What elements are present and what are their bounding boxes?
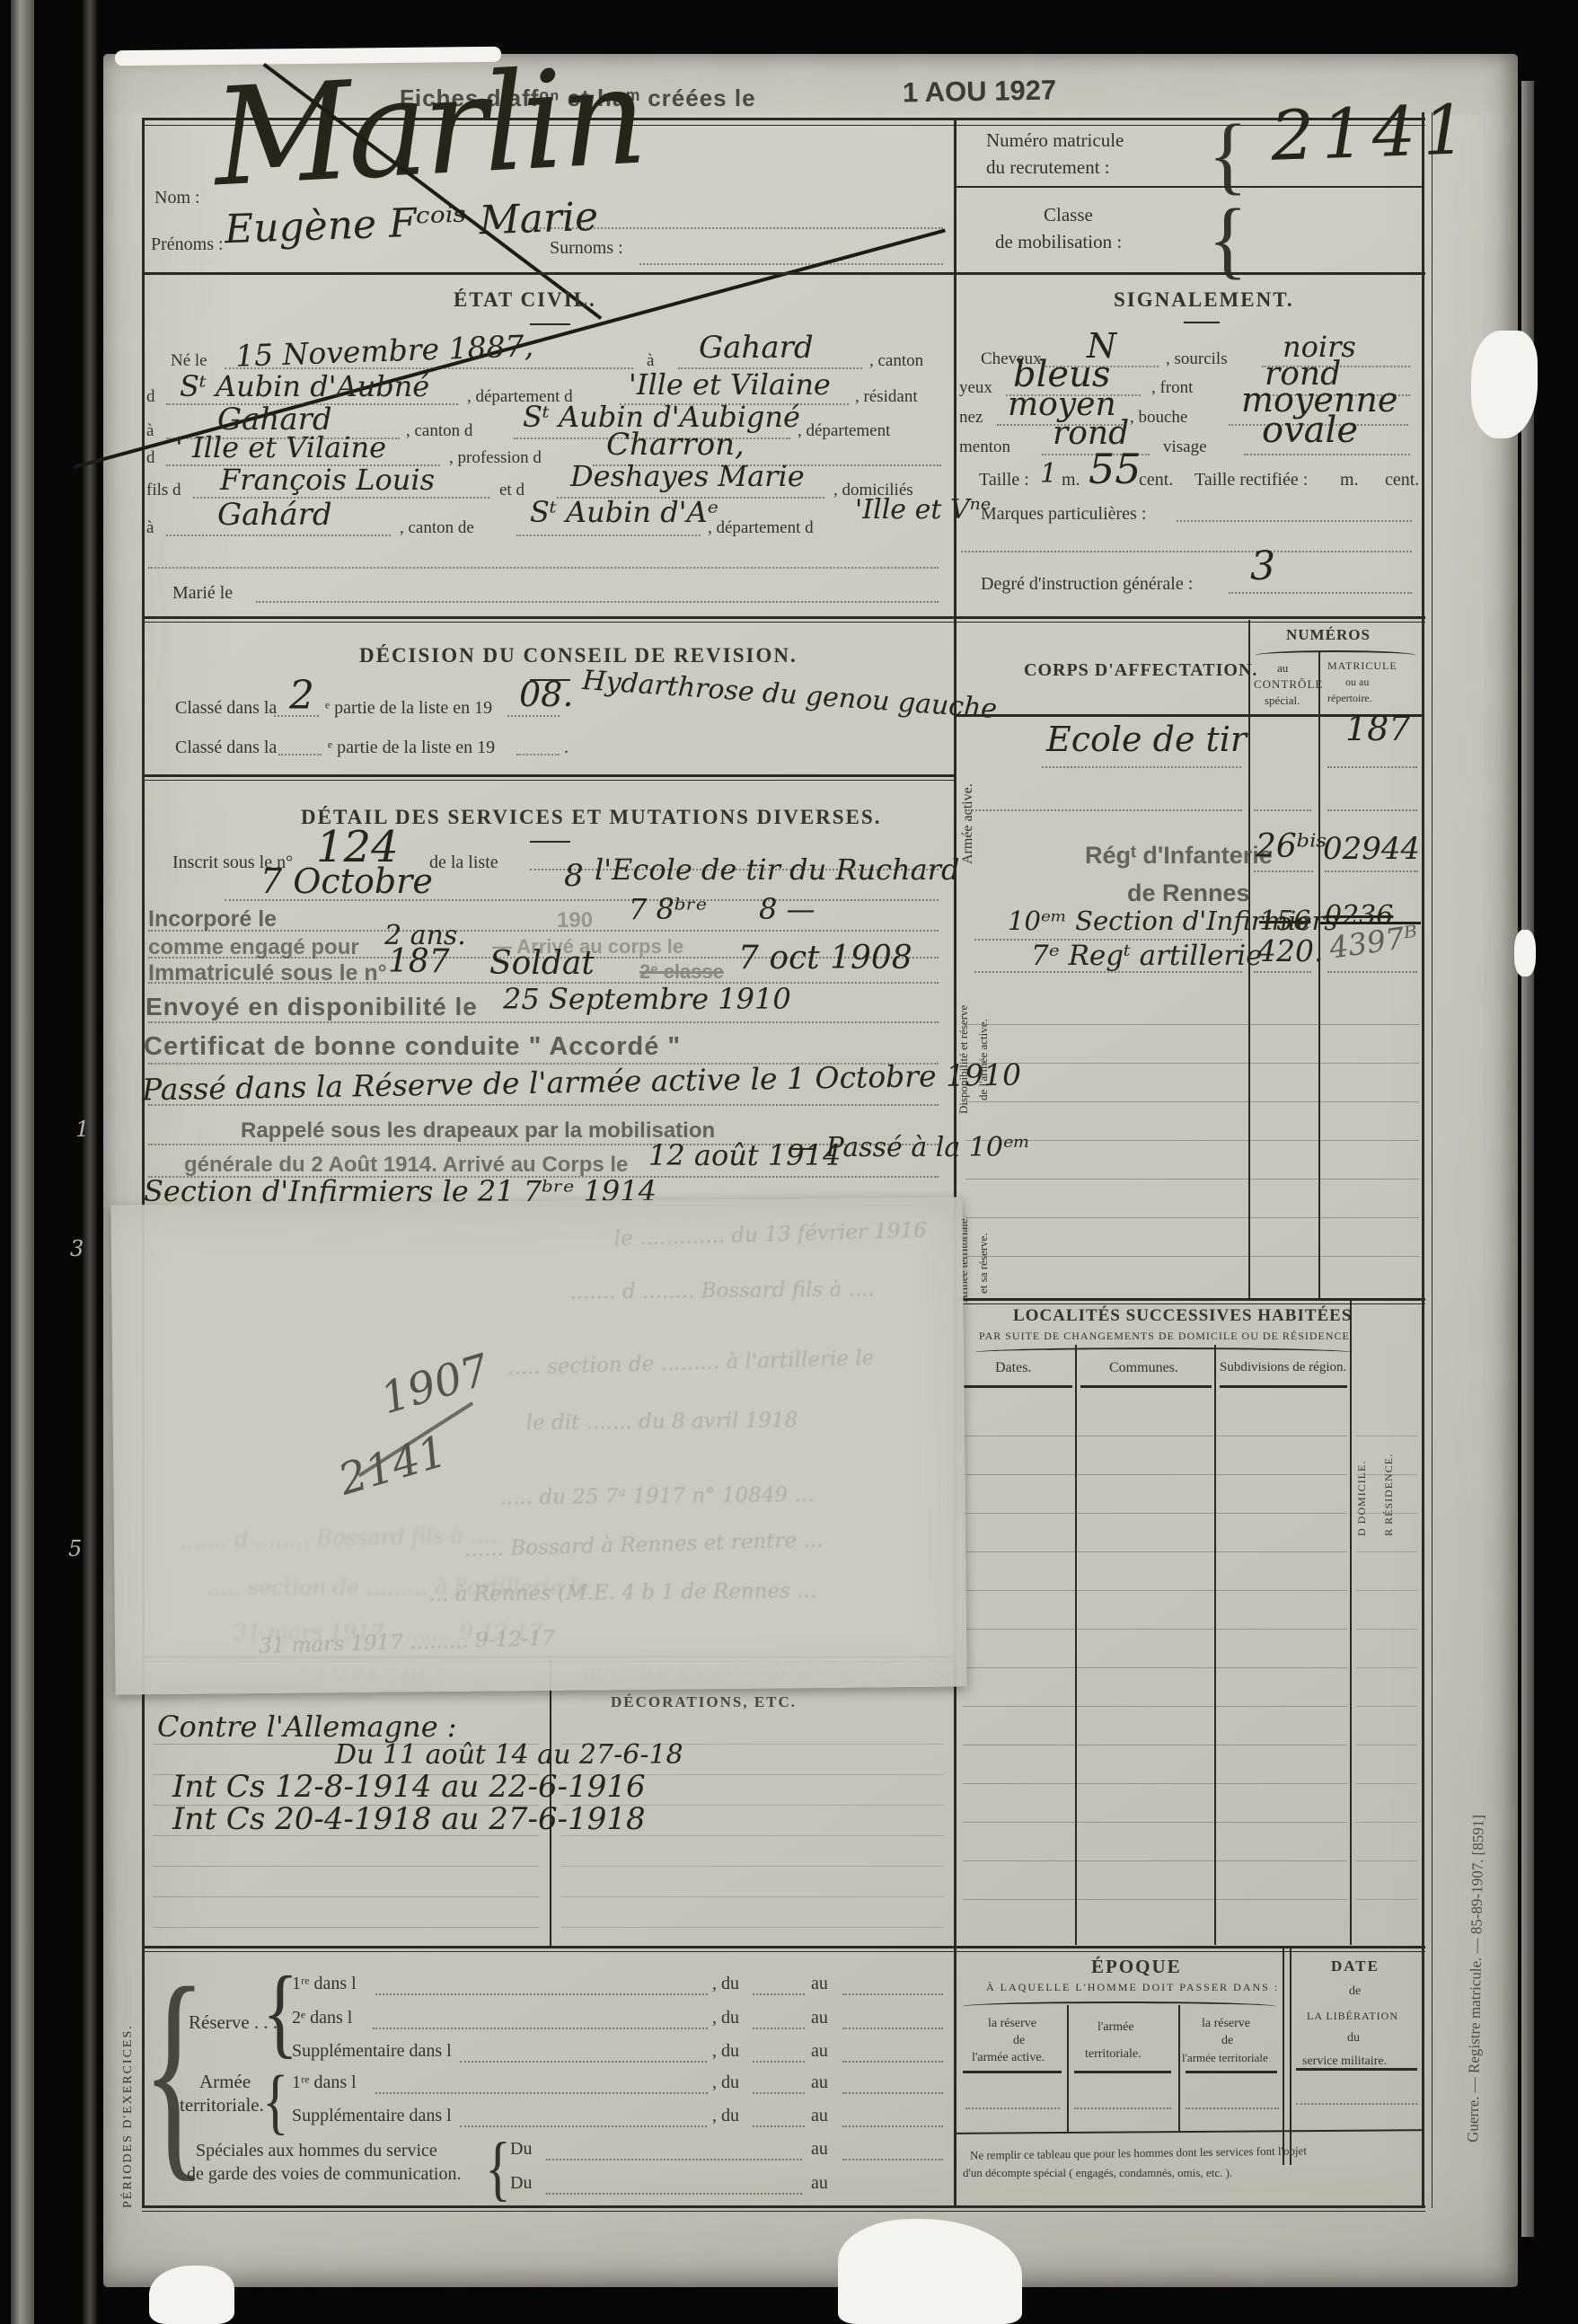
campagne-int-2: Int Cs 20-4-1918 au 27-6-1918 [172,1804,646,1836]
dotted-line [546,2158,802,2161]
dotted-line [225,898,939,901]
profession-value: Charron, [606,429,745,462]
dotted-line [373,2027,708,2029]
corps-title: CORPS D'AFFECTATION. [1024,661,1257,680]
classe-label-1: Classe [1044,205,1093,225]
reserve-row3: Supplémentaire dans l [292,2042,452,2061]
generale-stamp: générale du 2 Août 1914. Arrivé au Corps… [184,1153,628,1176]
svc-line1-date: 7 Octobre [260,864,433,900]
dotted-line [375,1993,708,1995]
matricule-h3: répertoire. [1327,693,1372,704]
au-label: au [811,2174,828,2193]
classe1-num: 2 [289,676,314,717]
side-armee-active: Armée active. [961,694,976,864]
dotted-line [1327,809,1417,811]
epoque-head-rule-2 [1074,2071,1171,2073]
corps-row3-controle: 156 [1259,907,1310,936]
left-page-edge-2 [83,0,97,2324]
loc-head-rule-3 [1220,1385,1347,1388]
classe-label-2: de mobilisation : [995,232,1122,252]
du-label: , du [712,1975,739,1993]
visage-value: ovale [1262,411,1358,449]
dotted-line [753,2091,805,2094]
dotted-line [1186,2107,1279,2109]
dotted-line [166,534,391,536]
menton-label: menton [959,438,1010,456]
dotted-line [842,2125,943,2127]
fils-label: fils d [146,482,181,499]
territoriale-row1: 1ʳᵉ dans l [292,2073,357,2092]
blessures-header-2: DÉCORATIONS, ETC. [611,1694,797,1710]
ne-le-label: Né le [171,352,207,370]
matricule-h2: ou au [1345,676,1369,688]
epoque-col1-b: de [1013,2035,1025,2048]
dotted-line [753,1993,805,1995]
corps-row1-matricule: 187 [1345,711,1411,747]
visage-label: visage [1163,438,1207,456]
slip-faint-note: le dit ....... du 8 avril 1918 [526,1409,798,1434]
matricule-h1: MATRICULE [1327,660,1397,672]
marques-label: Marques particulières : [981,505,1146,524]
dotted-line [256,600,939,603]
speciales-label-2: de garde des voies de communication. [187,2165,461,2184]
frame-right-thin [1432,112,1433,2208]
frame-right [1422,112,1424,2208]
matricule-label-2: du recrutement : [986,157,1110,177]
epoque-divider-2 [1178,2005,1180,2133]
marie-label: Marié le [172,584,233,603]
epoque-date-divider-a [1283,1948,1284,2165]
birth-commune: Gahard [699,332,814,365]
epoque-date-divider-b [1290,1948,1291,2165]
epoque-col1-a: la réserve [988,2018,1036,2031]
classe2-period: . [564,738,569,757]
frame-left [142,118,145,2208]
m-label: m. [1062,471,1080,490]
dotted-line [507,714,560,717]
sourcils-label: , sourcils [1166,350,1228,368]
torn-scrap-right [1471,331,1538,438]
date-col-2: de [1349,1985,1361,1999]
cent2-label: cent. [1385,471,1419,490]
header-bottom-rule [142,272,1425,275]
dotted-line [842,2158,943,2161]
loc-head-rule-2 [1080,1385,1212,1388]
matricule-value: 2141 [1270,93,1475,172]
taille-label: Taille : [979,471,1029,490]
frame-bottom [142,2205,1425,2212]
date-col-5: service militaire. [1302,2055,1387,2069]
epoque-col3-a: la réserve [1202,2018,1250,2031]
margin-mark-3: 5 [68,1538,82,1560]
classe1-label: Classé dans la [175,699,277,718]
dotted-line [1254,870,1313,872]
d2-label: d [146,449,155,467]
inscrit-label-2: de la liste [429,853,498,872]
dotted-line [1327,970,1417,973]
loc-col-dates: Dates. [995,1361,1031,1376]
Du-label: Du [510,2140,532,2159]
date-col-4: du [1347,2032,1360,2046]
Du-label: Du [510,2174,532,2193]
dotted-line [1254,970,1311,973]
dotted-line [148,929,939,932]
slip-faint-note: ....... d ........ Bossard fils à .... [569,1278,875,1303]
date-col-3: LA LIBÉRATION [1307,2010,1398,2022]
a2-label: à [146,422,154,440]
signalement-title: SIGNALEMENT. [1114,289,1294,311]
loc-col-subdiv: Subdivisions de région. [1220,1361,1346,1375]
slip-faint-note: ..... section de ......... à l'artilleri… [507,1348,875,1379]
dotted-line [1244,453,1410,455]
dotted-line [842,2091,943,2094]
loc-ruled-rows-dr [1356,1398,1417,1937]
degre-label: Degré d'instruction générale : [981,575,1193,594]
speciales-label-1: Spéciales aux hommes du service [196,2142,437,2161]
controle-h3: spécial. [1265,694,1300,707]
etd-label: et d [499,482,525,499]
au-label: au [811,2140,828,2159]
epoque-head-rule-4 [1296,2068,1417,2071]
dotted-line [546,2192,802,2195]
dotted-line [1074,2107,1171,2109]
margin-mark-1: 1 [75,1118,89,1141]
corps-row2-stamp-2: de Rennes [1127,880,1250,906]
armee-label-1: Armée [199,2072,251,2091]
dom-commune: Gahárd [217,499,332,532]
epoque-brace [963,2001,1275,2011]
reserve-row2: 2ᵉ dans l [292,2009,352,2028]
torn-scrap-bottom-left [149,2266,234,2324]
dotted-line [460,2125,707,2127]
localites-top-rule [954,1298,1425,1304]
classe1-label-2: ᵉ partie de la liste en 19 [325,699,492,718]
epoque-col3-c: l'armée territoriale [1182,2052,1268,2064]
date-col-1: DATE [1331,1958,1380,1975]
dotted-line [753,2060,805,2063]
corps-row2-matricule: 02944 [1323,834,1420,866]
epoque-head-rule-1 [963,2071,1062,2073]
a3-label: à [146,519,154,537]
dotted-line [1325,870,1418,872]
dotted-line [375,2091,708,2094]
title-dash [530,323,570,325]
au-label: au [811,1975,828,1993]
corps-row4-controle: 420. [1257,936,1323,968]
au-label: au [811,2107,828,2125]
localites-title: LOCALITÉS SUCCESSIVES HABITÉES [1013,1307,1352,1325]
dotted-line [148,566,939,569]
canton3-value: Sᵗ Aubin d'Aᵉ [530,498,718,528]
taille-m-value: 1 [1040,460,1057,489]
epoque-subtitle: À LAQUELLE L'HOMME DOIT PASSER DANS : [986,1982,1279,1993]
surnoms-label: Surnoms : [550,239,623,258]
d-label: d [146,388,155,406]
epoque-title: ÉPOQUE [1091,1957,1182,1976]
canton2-label: , canton d [406,422,472,440]
bleed-scribble: ....... d ........ Bossard fils à .... [180,1524,498,1552]
epoque-col3-b: de [1221,2035,1233,2048]
cent-label: cent. [1139,471,1173,490]
numeros-header: NUMÉROS [1286,627,1371,643]
loc-ruled-rows [963,1398,1347,1937]
localites-subtitle: PAR SUITE DE CHANGEMENTS DE DOMICILE OU … [979,1330,1353,1342]
svc-line1-8: 8 [564,861,584,893]
section-rule [142,616,1425,623]
periodes-side-label: PÉRIODES D'EXERCICES. [122,1976,136,2208]
du-label: , du [712,2042,739,2061]
au-label: au [811,2042,828,2061]
armee-label-2: territoriale. [180,2095,264,2115]
dotted-line [278,753,322,756]
fiches-stamp-date: 1 AOU 1927 [903,76,1057,109]
dotted-line [965,809,1242,811]
bouche-label: , bouche [1130,409,1187,427]
profession-label: , profession d [449,449,542,467]
svc-line1-ecole: l'Ecole de tir du Ruchard [595,855,959,886]
slip-faint-note: le ............. du 13 février 1916 [613,1220,927,1250]
svc-line2-8: 8 — [759,895,815,925]
corps-row4-name: 7ᵉ Regᵗ artillerie [1031,941,1263,971]
disponibilite-date: 25 Septembre 1910 [503,985,791,1015]
reserve-row1: 1ʳᵉ dans l [292,1975,357,1993]
slip-faint-note: ..... du 25 7ᵃ 1917 n° 10849 ... [499,1484,814,1508]
dotted-line [753,2125,805,2127]
left-page-edge [11,0,34,2324]
dotted-line [274,714,319,717]
periodes-top-rule [142,1946,1425,1952]
taille-rect-label: Taille rectifiée : [1195,471,1308,490]
matricule-underline [954,186,1424,188]
departement-value: 'Ille et Vilaine [629,370,831,401]
dotted-line [753,2027,805,2029]
canton3-label: , canton de [400,519,474,537]
dotted-line [842,1993,943,1995]
loc-divider-3 [1350,1298,1352,1945]
epoque-col2-b: territoriale. [1085,2048,1142,2062]
torn-scrap-right-small [1514,930,1536,976]
speciales-brace: { [485,2131,511,2206]
empty-ruled-rows [965,986,1419,1292]
corps-row2-stamp-1: Régᵗ d'Infanterie [1085,843,1273,868]
slip-number-1907: 1907 [376,1348,494,1422]
classe2-stamp: 2ᵉ classe [639,961,724,982]
svc-line2-date: 7 8ᵇʳᵉ [629,895,707,925]
front-label: , front [1151,379,1193,397]
bleed-scribble: ..... section de ......... à l'artilleri… [207,1577,589,1599]
section-rule [142,774,954,781]
dotted-line [965,2107,1060,2109]
dotted-line [148,1103,939,1106]
canton-label: , canton [869,352,923,370]
dep3-label: , département d [708,519,814,537]
loc-col-communes: Communes. [1109,1361,1178,1376]
scanned-register-page: Fiches d'affᵒⁿ et haᵐ créées le 1 AOU 19… [0,0,1578,2324]
dotted-line [148,1021,939,1023]
matricule-label-1: Numéro matricule [986,130,1124,150]
taille-cm-value: 55 [1089,447,1142,490]
controle-h1: au [1277,662,1288,675]
classe1-year: 08. [519,677,573,713]
dotted-line [842,2060,943,2063]
margin-mark-2: 3 [70,1238,84,1260]
du-label: , du [712,2107,739,2125]
corps-row2-controle: 26ᵇⁱˢ [1256,830,1327,864]
campagne-contre: Contre l'Allemagne : [157,1712,457,1743]
svc-7oct: 7 oct 1908 [738,941,912,976]
dotted-line [1177,519,1412,522]
svc-187: 187 [388,945,450,979]
campagne-duree: Du 11 août 14 au 27-6-18 [335,1741,683,1770]
nom-label: Nom : [154,189,200,208]
territoriale-row2: Supplémentaire dans l [292,2107,452,2125]
territoriale-brace: { [262,2063,289,2140]
dotted-line [516,753,560,756]
certificat-stamp: Certificat de bonne conduite " Accordé " [144,1033,681,1060]
dotted-line [460,2060,707,2063]
etat-civil-title: ÉTAT CIVIL. [454,289,596,311]
slip-number-2141: 2141 [334,1428,452,1503]
dotted-line [961,550,1412,552]
localites-brace [974,1348,1352,1357]
loc-head-rule-1 [963,1385,1072,1388]
du-label: , du [712,2073,739,2092]
dotted-line [1042,765,1241,768]
epoque-note-2: d'un décompte spécial ( engagés, condamn… [963,2167,1232,2179]
prenoms-label: Prénoms : [151,235,224,254]
au-label: au [811,2009,828,2028]
svc-soldat: Soldat [489,947,595,981]
pere-value: François Louis [220,465,435,496]
rappele-stamp: Rappelé sous les drapeaux par la mobilis… [241,1119,715,1142]
epoque-col2-a: l'armée [1098,2021,1134,2035]
corps-row1-name: Ecole de tir [1046,722,1247,758]
residant-label: , résidant [855,388,918,406]
canton-value: Sᵗ Aubin d'Aubné [180,372,429,402]
du-label: , du [712,2009,739,2028]
dotted-line [1229,591,1412,594]
decision-title: DÉCISION DU CONSEIL DE REVISION. [359,645,798,667]
dotted-line [1254,809,1311,811]
title-dash [530,841,570,843]
nez-label: nez [959,409,983,427]
controle-h2: CONTRÔLE [1254,678,1323,691]
title-dash [1184,322,1220,323]
classe2-label: Classé dans la [175,738,277,757]
dotted-line [974,970,1242,973]
bleed-scribble: 31 mars 1917 ......... 9-12-17 [234,1621,542,1644]
yeux-label: yeux [959,379,992,397]
epoque-head-rule-3 [1186,2071,1277,2073]
mere-value: Deshayes Marie [570,462,805,492]
dep3hw-value: 'Ille et Vⁿᵉ [855,496,991,525]
campagne-int-1: Int Cs 12-8-1914 au 22-6-1916 [172,1772,646,1804]
epoque-col1-c: l'armée active. [972,2052,1045,2065]
disponibilite-stamp: Envoyé en disponibilité le [145,994,478,1020]
dotted-line [516,534,701,536]
dotted-line [842,2027,943,2029]
dotted-line [1296,2102,1417,2105]
m2-label: m. [1340,471,1359,490]
dep2-label: , département [798,422,890,440]
dotted-line [1327,765,1417,768]
epoque-divider-1 [1067,2005,1069,2133]
dotted-line [639,262,943,265]
classe-brace: { [1208,194,1247,285]
dep3-value: ' Ille et Vilaine [175,433,386,464]
incorpore-stamp: Incorporé le [148,907,277,931]
au-label: au [811,2073,828,2092]
classe2-label-2: ᵉ partie de la liste en 19 [328,738,495,757]
degre-value: 3 [1250,546,1275,588]
slip-faint-note: ...... Bossard à Rennes et rentre ... [464,1529,824,1560]
